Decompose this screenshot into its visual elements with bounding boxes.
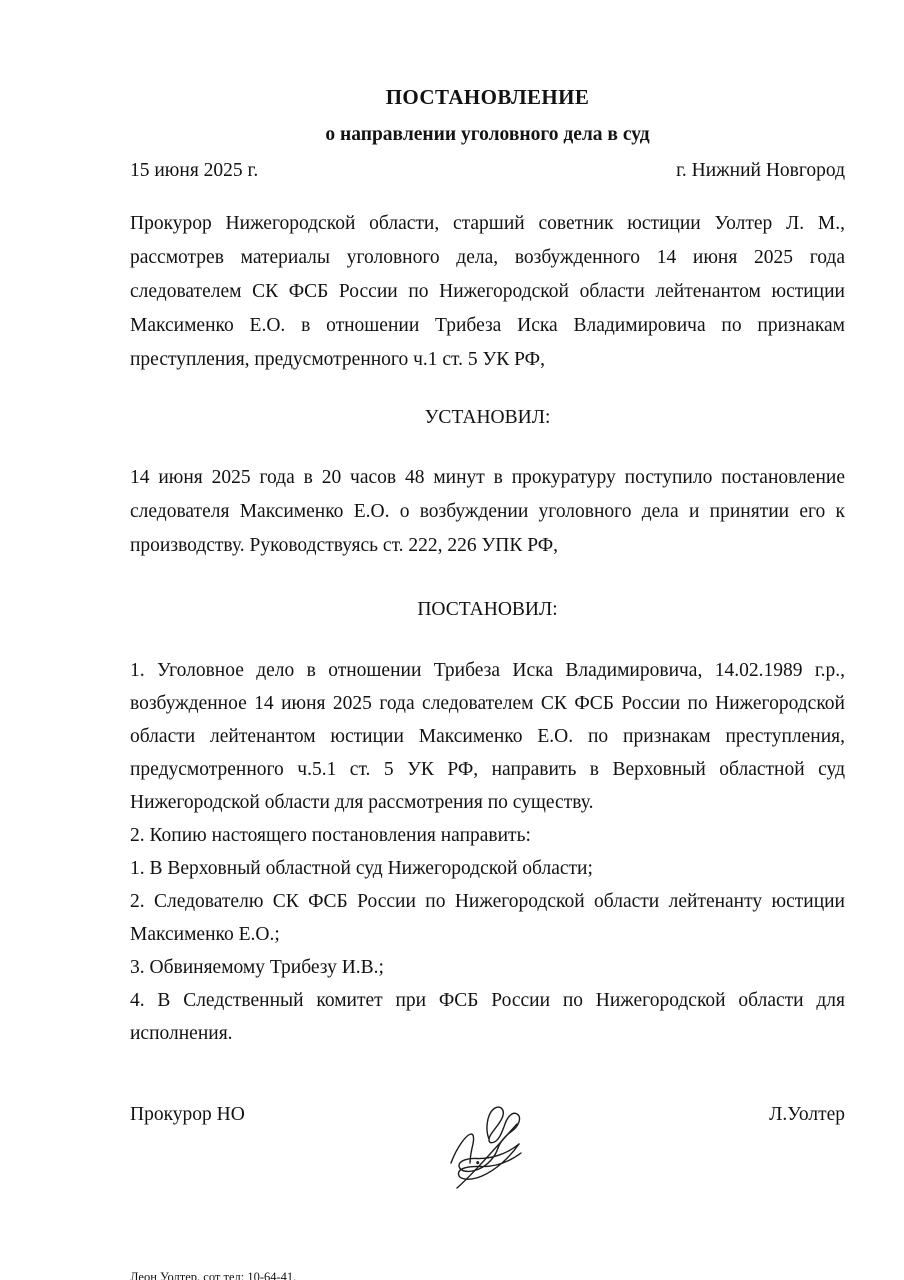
ustanovil-heading: УСТАНОВИЛ: [130, 406, 845, 430]
resolution-item-1: 1. Уголовное дело в отношении Трибеза Ис… [130, 654, 845, 819]
signature-block: Прокурор НО Л.Уолтер [130, 1103, 845, 1191]
document-title: ПОСТАНОВЛЕНИЕ [130, 84, 845, 110]
resolution-copy-recipient-3: 3. Обвиняемому Трибезу И.В.; [130, 951, 845, 984]
footer-contact: Леон Уолтер, сот тел: 10-64-41. [130, 1269, 845, 1280]
document-date: 15 июня 2025 г. [130, 159, 258, 183]
document-place: г. Нижний Новгород [676, 159, 845, 183]
resolution-copy-recipient-4: 4. В Следственный комитет при ФСБ России… [130, 984, 845, 1050]
handwritten-signature-icon [438, 1097, 538, 1191]
signatory-position: Прокурор НО [130, 1103, 433, 1127]
signature-image [433, 1103, 543, 1191]
resolution-item-2: 2. Копию настоящего постановления направ… [130, 819, 845, 852]
resolution-copy-recipient-2: 2. Следователю СК ФСБ России по Нижегоро… [130, 885, 845, 951]
document-subtitle: о направлении уголовного дела в суд [130, 123, 845, 147]
signatory-name: Л.Уолтер [543, 1103, 846, 1127]
intro-paragraph: Прокурор Нижегородской области, старший … [130, 207, 845, 377]
resolution-items: 1. Уголовное дело в отношении Трибеза Ис… [130, 654, 845, 1050]
resolution-copy-recipient-1: 1. В Верховный областной суд Нижегородск… [130, 852, 845, 885]
date-place-line: 15 июня 2025 г. г. Нижний Новгород [130, 159, 845, 183]
document-page: ПОСТАНОВЛЕНИЕ о направлении уголовного д… [0, 0, 904, 1280]
ustanovil-paragraph: 14 июня 2025 года в 20 часов 48 минут в … [130, 461, 845, 563]
postanovil-heading: ПОСТАНОВИЛ: [130, 598, 845, 622]
